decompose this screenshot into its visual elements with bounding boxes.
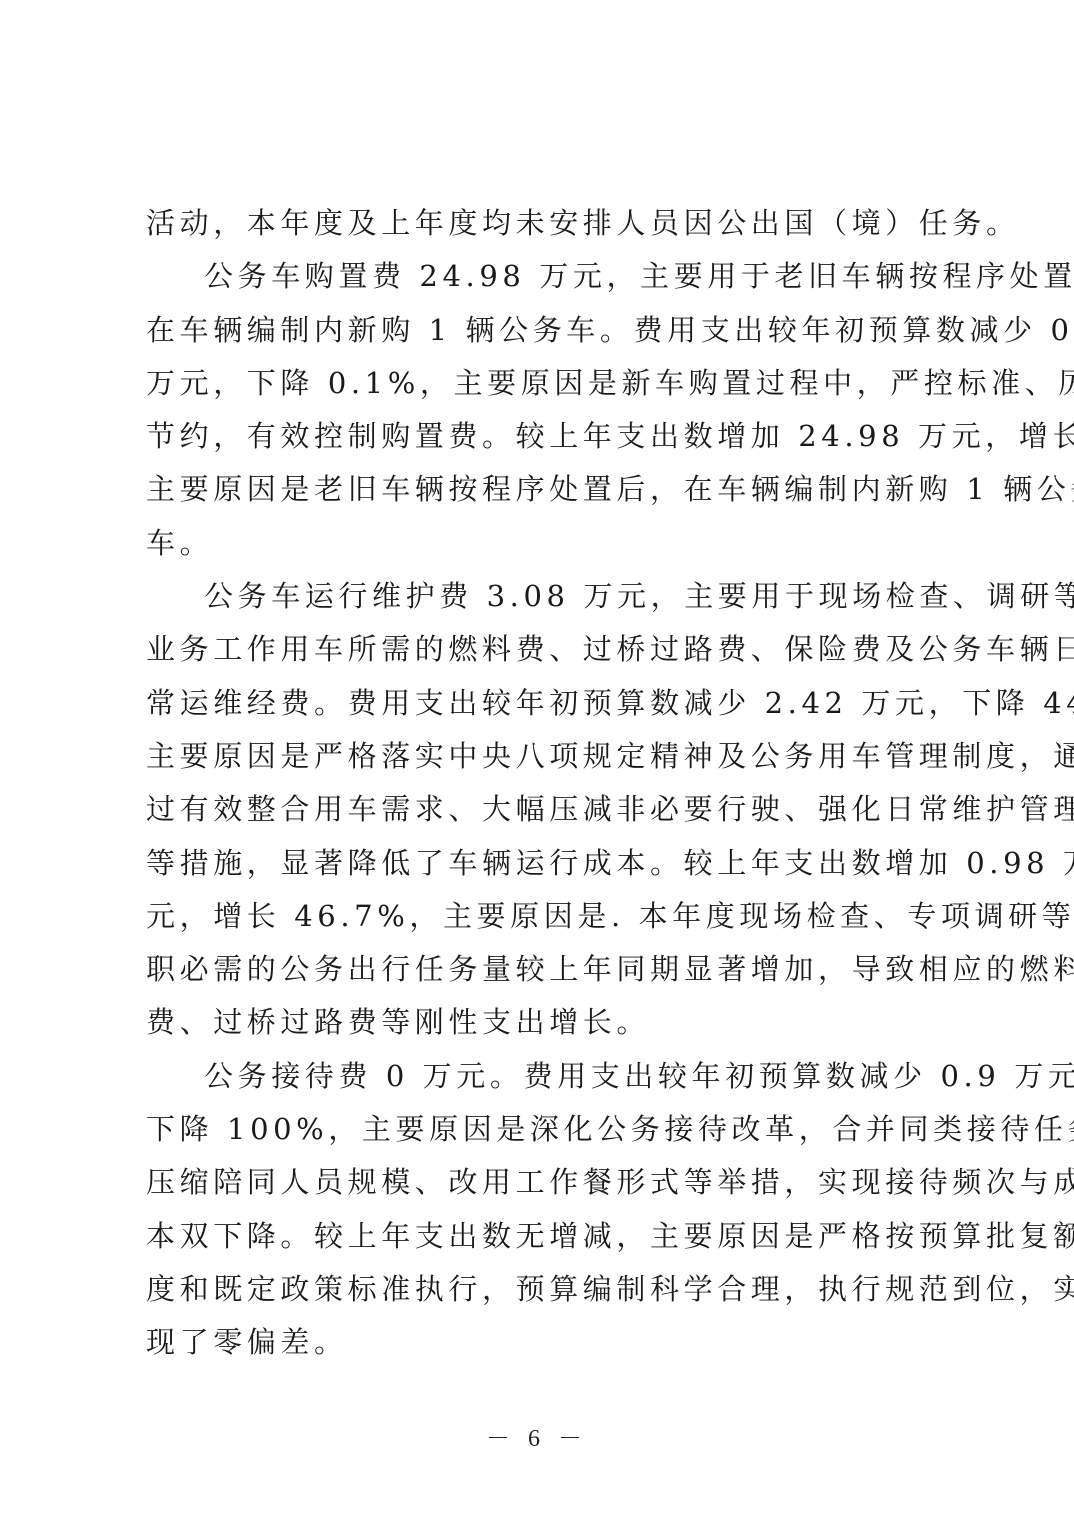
text-line: 在车辆编制内新购 1 辆公务车。费用支出较年初预算数减少 0.02 (146, 304, 946, 357)
text-line: 职必需的公务出行任务量较上年同期显著增加，导致相应的燃料 (146, 943, 946, 996)
text-line: 下降 100%，主要原因是深化公务接待改革，合并同类接待任务、 (146, 1103, 946, 1156)
text-line: 节约，有效控制购置费。较上年支出数增加 24.98 万元，增长 100%， (146, 410, 946, 463)
text-line: 主要原因是老旧车辆按程序处置后，在车辆编制内新购 1 辆公务 (146, 463, 946, 516)
text-line: 过有效整合用车需求、大幅压减非必要行驶、强化日常维护管理 (146, 783, 946, 836)
text-line: 本双下降。较上年支出数无增减，主要原因是严格按预算批复额 (146, 1210, 946, 1263)
text-line: 活动，本年度及上年度均未安排人员因公出国（境）任务。 (146, 197, 946, 250)
text-line: 等措施，显著降低了车辆运行成本。较上年支出数增加 0.98 万 (146, 837, 946, 890)
text-line: 车。 (146, 517, 946, 570)
text-line: 业务工作用车所需的燃料费、过桥过路费、保险费及公务车辆日 (146, 623, 946, 676)
text-line: 费、过桥过路费等刚性支出增长。 (146, 996, 946, 1049)
text-line: 公务接待费 0 万元。费用支出较年初预算数减少 0.9 万元， (146, 1050, 946, 1103)
text-line: 元，增长 46.7%，主要原因是. 本年度现场检查、专项调研等履 (146, 890, 946, 943)
text-line: 主要原因是严格落实中央八项规定精神及公务用车管理制度，通 (146, 730, 946, 783)
text-line: 常运维经费。费用支出较年初预算数减少 2.42 万元，下降 44%， (146, 677, 946, 730)
body-text: 活动，本年度及上年度均未安排人员因公出国（境）任务。 公务车购置费 24.98 … (146, 197, 946, 1370)
text-line: 公务车购置费 24.98 万元，主要用于老旧车辆按程序处置后， (146, 250, 946, 303)
document-page: 活动，本年度及上年度均未安排人员因公出国（境）任务。 公务车购置费 24.98 … (0, 0, 1074, 1520)
text-line: 万元，下降 0.1%，主要原因是新车购置过程中，严控标准、厉行 (146, 357, 946, 410)
text-line: 公务车运行维护费 3.08 万元，主要用于现场检查、调研等 (146, 570, 946, 623)
text-line: 度和既定政策标准执行，预算编制科学合理，执行规范到位，实 (146, 1263, 946, 1316)
text-line: 现了零偏差。 (146, 1316, 946, 1369)
page-number: － 6 － (0, 1418, 1074, 1453)
text-line: 压缩陪同人员规模、改用工作餐形式等举措，实现接待频次与成 (146, 1156, 946, 1209)
